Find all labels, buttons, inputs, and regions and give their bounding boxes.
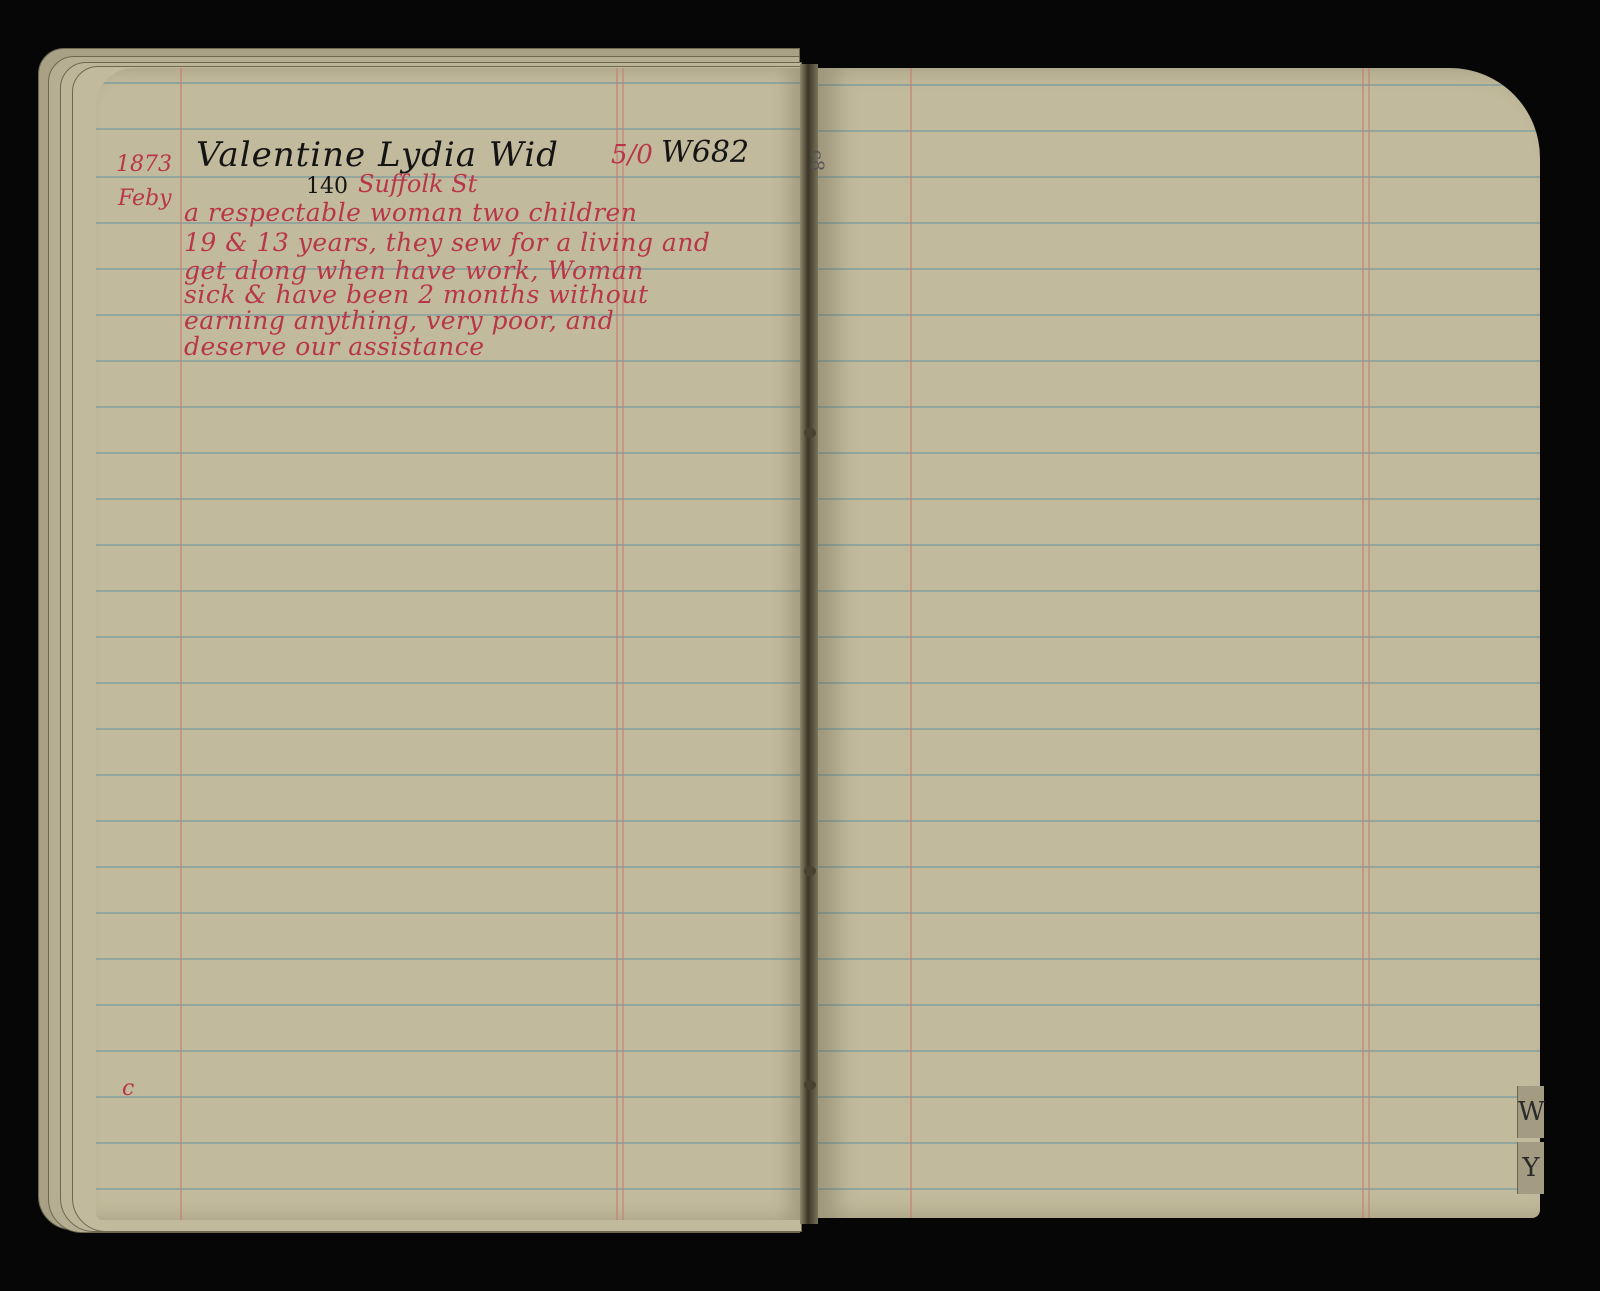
index-tab-y[interactable]: Y xyxy=(1517,1142,1544,1194)
stray-mark: c xyxy=(122,1078,134,1100)
entry-year: 1873 xyxy=(116,154,172,176)
left-page: 1873 Feby Valentine Lydia Wid 5/0 W682 1… xyxy=(96,68,804,1220)
margin-line xyxy=(180,68,182,1220)
book-spine xyxy=(800,64,818,1224)
right-page xyxy=(818,68,1540,1218)
entry-case-number: W682 xyxy=(661,138,749,168)
index-tabs: W Y xyxy=(1514,1078,1544,1198)
index-tab-w[interactable]: W xyxy=(1517,1086,1544,1138)
address-number: 140 xyxy=(306,176,348,198)
column-line xyxy=(1362,68,1364,1218)
address-street: Suffolk St xyxy=(358,172,477,196)
edge-mark: c8 xyxy=(806,150,827,172)
binding-stitch xyxy=(804,1080,816,1090)
binding-stitch xyxy=(804,866,816,876)
open-ledger-book: 1873 Feby Valentine Lydia Wid 5/0 W682 1… xyxy=(0,0,1600,1291)
margin-line xyxy=(910,68,912,1218)
entry-month: Feby xyxy=(118,188,172,210)
binding-stitch xyxy=(804,428,816,438)
entry-reference: 5/0 xyxy=(611,142,653,168)
entry-name: Valentine Lydia Wid xyxy=(196,138,559,172)
note-line: a respectable woman two children xyxy=(184,200,637,225)
note-line: earning anything, very poor, and xyxy=(184,308,614,333)
note-line: sick & have been 2 months without xyxy=(184,282,649,307)
note-line: deserve our assistance xyxy=(184,334,485,359)
note-line: 19 & 13 years, they sew for a living and xyxy=(184,230,710,255)
